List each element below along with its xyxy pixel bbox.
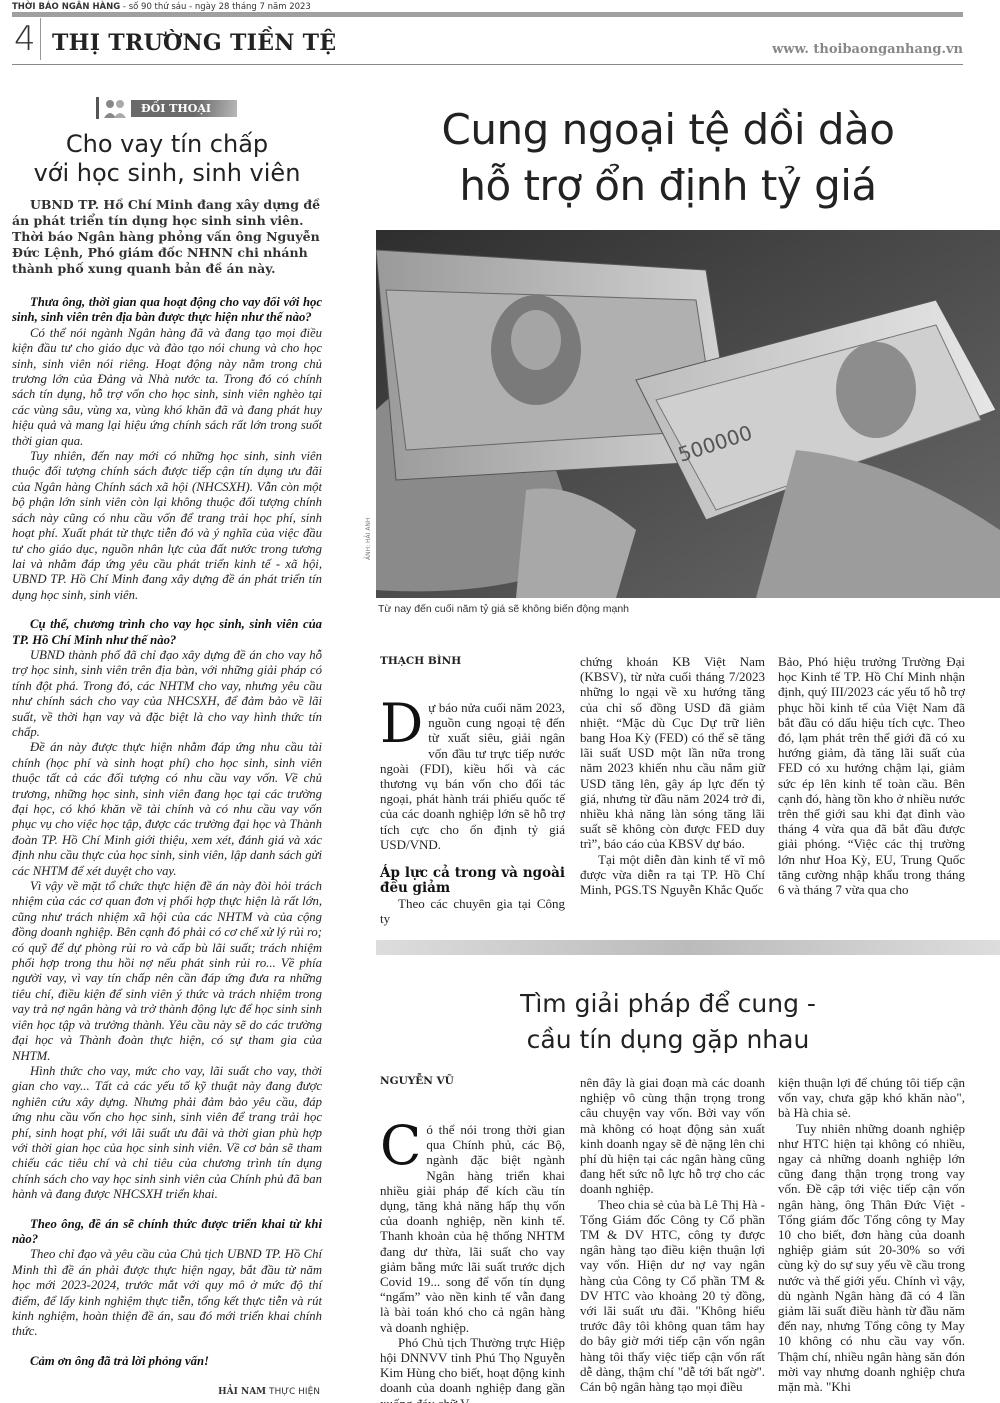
answer: Có thể nói ngành Ngân hàng đã và đang tạ…	[12, 326, 322, 449]
article-divider	[376, 940, 1000, 955]
article2-headline: Tìm giải pháp để cung - cầu tín dụng gặp…	[378, 986, 958, 1058]
paragraph: nên đây là giai đoạn mà các doanh nghiệp…	[580, 1075, 765, 1197]
answer: Vì vậy về mặt tổ chức thực hiện đề án nà…	[12, 879, 322, 1064]
article1-headline: Cung ngoại tệ dồi dào hỗ trợ ổn định tỷ …	[378, 102, 958, 214]
headline-line-2: hỗ trợ ổn định tỷ giá	[378, 158, 958, 214]
money-photo: 500000	[376, 230, 1000, 598]
answer: Theo chỉ đạo và yêu cầu của Chủ tịch UBN…	[12, 1247, 322, 1339]
article1-author: THẠCH BÌNH	[380, 655, 461, 667]
website-link[interactable]: www. thoibaonganhang.vn	[772, 42, 963, 57]
headline-line-1: Cho vay tín chấp	[12, 130, 322, 159]
paragraph: Theo chia sẻ của bà Lê Thị Hà - Tổng Giá…	[580, 1197, 765, 1395]
answer: Tuy nhiên, đến nay mới có những học sinh…	[12, 449, 322, 603]
page-number-divider	[40, 18, 41, 60]
paragraph: Phó Chủ tịch Thường trực Hiệp hội DNNVV …	[380, 1335, 565, 1403]
interview-byline: HẢI NAM THỰC HIỆN	[12, 1387, 320, 1397]
interview-body: Thưa ông, thời gian qua hoạt động cho va…	[12, 295, 322, 1369]
article1-col-3: Bảo, Phó hiệu trưởng Trường Đại học Kinh…	[778, 654, 965, 897]
byline-suffix: THỰC HIỆN	[266, 1387, 320, 1397]
tag-bar	[96, 97, 99, 119]
closing-line: Cảm ơn ông đã trả lời phỏng vấn!	[12, 1354, 322, 1369]
paragraph: Tuy nhiên những doanh nghiệp như HTC hiệ…	[778, 1121, 965, 1395]
article1-col-1: Dự báo nửa cuối năm 2023, nguồn cung ngo…	[380, 700, 565, 926]
article1-col-2: chứng khoán KB Việt Nam (KBSV), từ nửa c…	[580, 654, 765, 897]
paragraph: Bảo, Phó hiệu trưởng Trường Đại học Kinh…	[778, 654, 965, 897]
masthead: THỜI BÁO NGÂN HÀNG - số 90 thứ sáu - ngà…	[12, 2, 311, 12]
answer: Hình thức cho vay, mức cho vay, lãi suất…	[12, 1064, 322, 1203]
section-title: THỊ TRƯỜNG TIỀN TỆ	[52, 30, 336, 56]
paragraph: chứng khoán KB Việt Nam (KBSV), từ nửa c…	[580, 654, 765, 852]
headline-line-2: cầu tín dụng gặp nhau	[378, 1022, 958, 1058]
dropcap: C	[380, 1124, 421, 1168]
article2-author: NGUYỄN VŨ	[380, 1075, 454, 1087]
publication-name: THỜI BÁO NGÂN HÀNG	[12, 2, 120, 12]
photo-caption: Từ nay đến cuối năm tỷ giá sẽ không biến…	[378, 603, 629, 615]
question: Cụ thể, chương trình cho vay học sinh, s…	[12, 617, 322, 648]
dialogue-tag-label: ĐỐI THOẠI	[131, 100, 237, 117]
article2-col-2: nên đây là giai đoạn mà các doanh nghiệp…	[580, 1075, 765, 1394]
question: Thưa ông, thời gian qua hoạt động cho va…	[12, 295, 322, 326]
paragraph: Theo các chuyên gia tại Công ty	[380, 896, 565, 926]
people-icon	[103, 97, 127, 119]
paragraph: kiện thuận lợi để chúng tôi tiếp cận vốn…	[778, 1075, 965, 1121]
article2-col-1: Có thể nói trong thời gian qua Chính phủ…	[380, 1122, 565, 1403]
headline-line-2: với học sinh, sinh viên	[12, 159, 322, 188]
answer: Đề án này được thực hiện nhằm đáp ứng nh…	[12, 740, 322, 879]
interview-lede: UBND TP. Hồ Chí Minh đang xây dựng đề án…	[12, 197, 322, 277]
top-rule	[12, 12, 963, 17]
question: Theo ông, đề án sẽ chính thức được triển…	[12, 1217, 322, 1248]
dropcap: D	[380, 702, 423, 746]
byline-name: HẢI NAM	[218, 1387, 266, 1397]
issue-info: - số 90 thứ sáu - ngày 28 tháng 7 năm 20…	[120, 2, 311, 12]
paragraph: Tại một diễn đàn kinh tế vĩ mô được vừa …	[580, 852, 765, 898]
header-rule	[12, 64, 963, 65]
subheading: Áp lực cả trong và ngoài đều giảm	[380, 866, 565, 896]
answer: UBND thành phố đã chỉ đạo xây dựng đề án…	[12, 648, 322, 740]
interview-headline: Cho vay tín chấp với học sinh, sinh viên	[12, 130, 322, 188]
headline-line-1: Tìm giải pháp để cung -	[378, 986, 958, 1022]
page-number: 4	[14, 22, 36, 56]
lead-paragraph: Dự báo nửa cuối năm 2023, nguồn cung ngo…	[380, 700, 565, 852]
article2-col-3: kiện thuận lợi để chúng tôi tiếp cận vốn…	[778, 1075, 965, 1394]
headline-line-1: Cung ngoại tệ dồi dào	[378, 102, 958, 158]
banknotes-image: 500000	[376, 230, 1000, 598]
dialogue-tag: ĐỐI THOẠI	[96, 96, 237, 120]
photo-credit: ẢNH: HẢI ANH	[365, 518, 372, 560]
lead-paragraph: Có thể nói trong thời gian qua Chính phủ…	[380, 1122, 565, 1335]
